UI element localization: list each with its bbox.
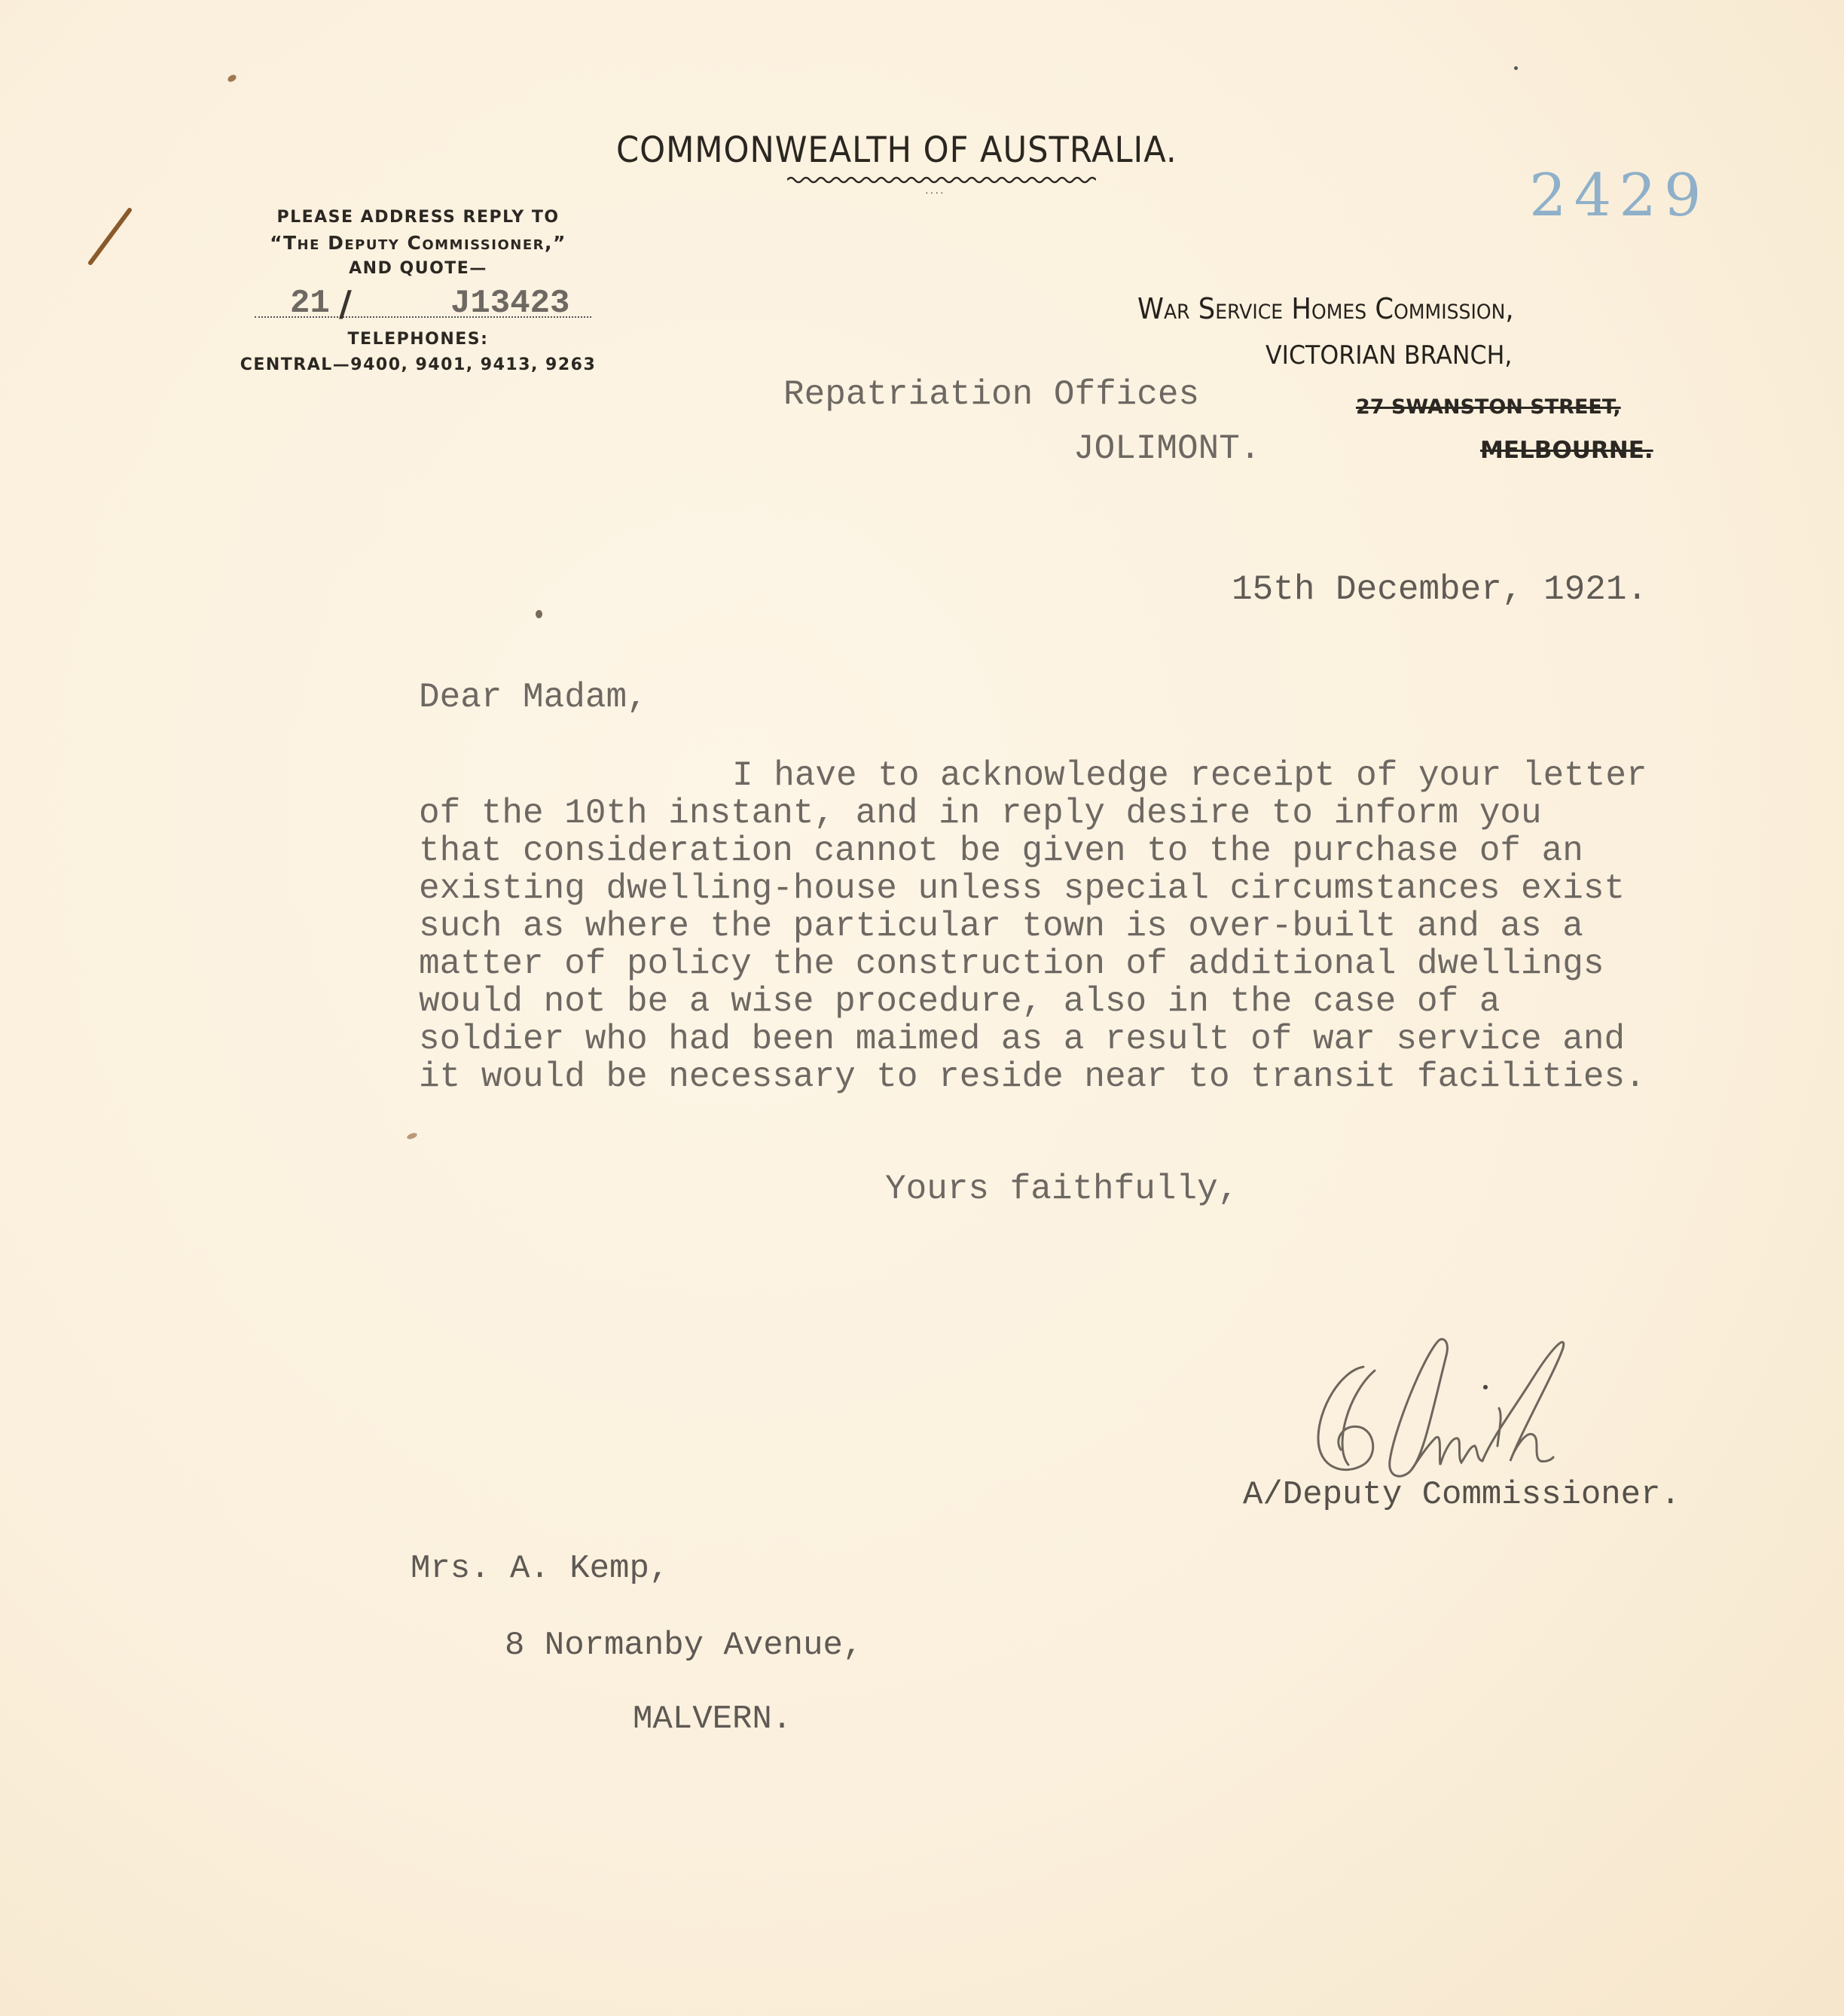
body-line: I have to acknowledge receipt of your le…: [419, 757, 1647, 795]
telephone-numbers: CENTRAL—9400, 9401, 9413, 9263: [226, 352, 610, 378]
body-line: soldier who had been maimed as a result …: [419, 1020, 1647, 1058]
body-line: that consideration cannot be given to th…: [419, 832, 1647, 870]
decorative-wavy-rule: [787, 175, 1096, 185]
reference-prefix: 21: [290, 285, 330, 322]
organization-name: War Service Homes Commission,: [1137, 292, 1514, 325]
printed-street-struck: 27 SWANSTON STREET,: [1356, 395, 1621, 419]
reference-number: J13423: [450, 285, 569, 322]
reply-line-2: “The Deputy Commissioner,”: [226, 230, 610, 256]
paper-speck: [406, 1132, 418, 1140]
registry-stamp-number: 2429: [1529, 162, 1709, 230]
closing: Yours faithfully,: [885, 1170, 1238, 1209]
body-line: matter of policy the construction of add…: [419, 945, 1647, 983]
reference-separator: /: [339, 283, 352, 324]
paper-speck: [227, 74, 237, 84]
printed-city-struck: MELBOURNE.: [1480, 437, 1653, 464]
handwritten-signature: [1273, 1325, 1665, 1499]
decorative-dots: ····: [925, 188, 945, 200]
reply-line-3: AND QUOTE—: [226, 256, 610, 282]
branch-name: VICTORIAN BRANCH,: [1265, 340, 1512, 371]
recipient-name: Mrs. A. Kemp,: [411, 1550, 669, 1587]
body-line: such as where the particular town is ove…: [419, 907, 1647, 945]
typed-office: Repatriation Offices: [783, 375, 1199, 414]
reply-instructions-block: PLEASE ADDRESS REPLY TO “The Deputy Comm…: [226, 205, 610, 378]
recipient-street: 8 Normanby Avenue,: [505, 1627, 862, 1664]
body-line: of the 10th instant, and in reply desire…: [419, 795, 1647, 832]
recipient-suburb: MALVERN.: [633, 1700, 792, 1738]
paper-speck: [1514, 66, 1518, 70]
body-line: would not be a wise procedure, also in t…: [419, 983, 1647, 1020]
body-line: it would be necessary to reside near to …: [419, 1058, 1647, 1096]
reference-quote-line: 21 / J13423: [226, 285, 610, 328]
letter-body: I have to acknowledge receipt of your le…: [419, 757, 1647, 1096]
letter-date: 15th December, 1921.: [1232, 570, 1647, 609]
ink-stroke-mark: [83, 207, 136, 267]
reply-line-1: PLEASE ADDRESS REPLY TO: [226, 205, 610, 230]
typed-location: JOLIMONT.: [1073, 429, 1260, 468]
signatory-title: A/Deputy Commissioner.: [1243, 1476, 1681, 1514]
letterhead-title: COMMONWEALTH OF AUSTRALIA.: [616, 130, 1177, 171]
salutation: Dear Madam,: [419, 678, 648, 717]
telephones-label: TELEPHONES:: [226, 327, 610, 352]
paper-speck: [536, 610, 542, 618]
body-line: existing dwelling-house unless special c…: [419, 870, 1647, 907]
